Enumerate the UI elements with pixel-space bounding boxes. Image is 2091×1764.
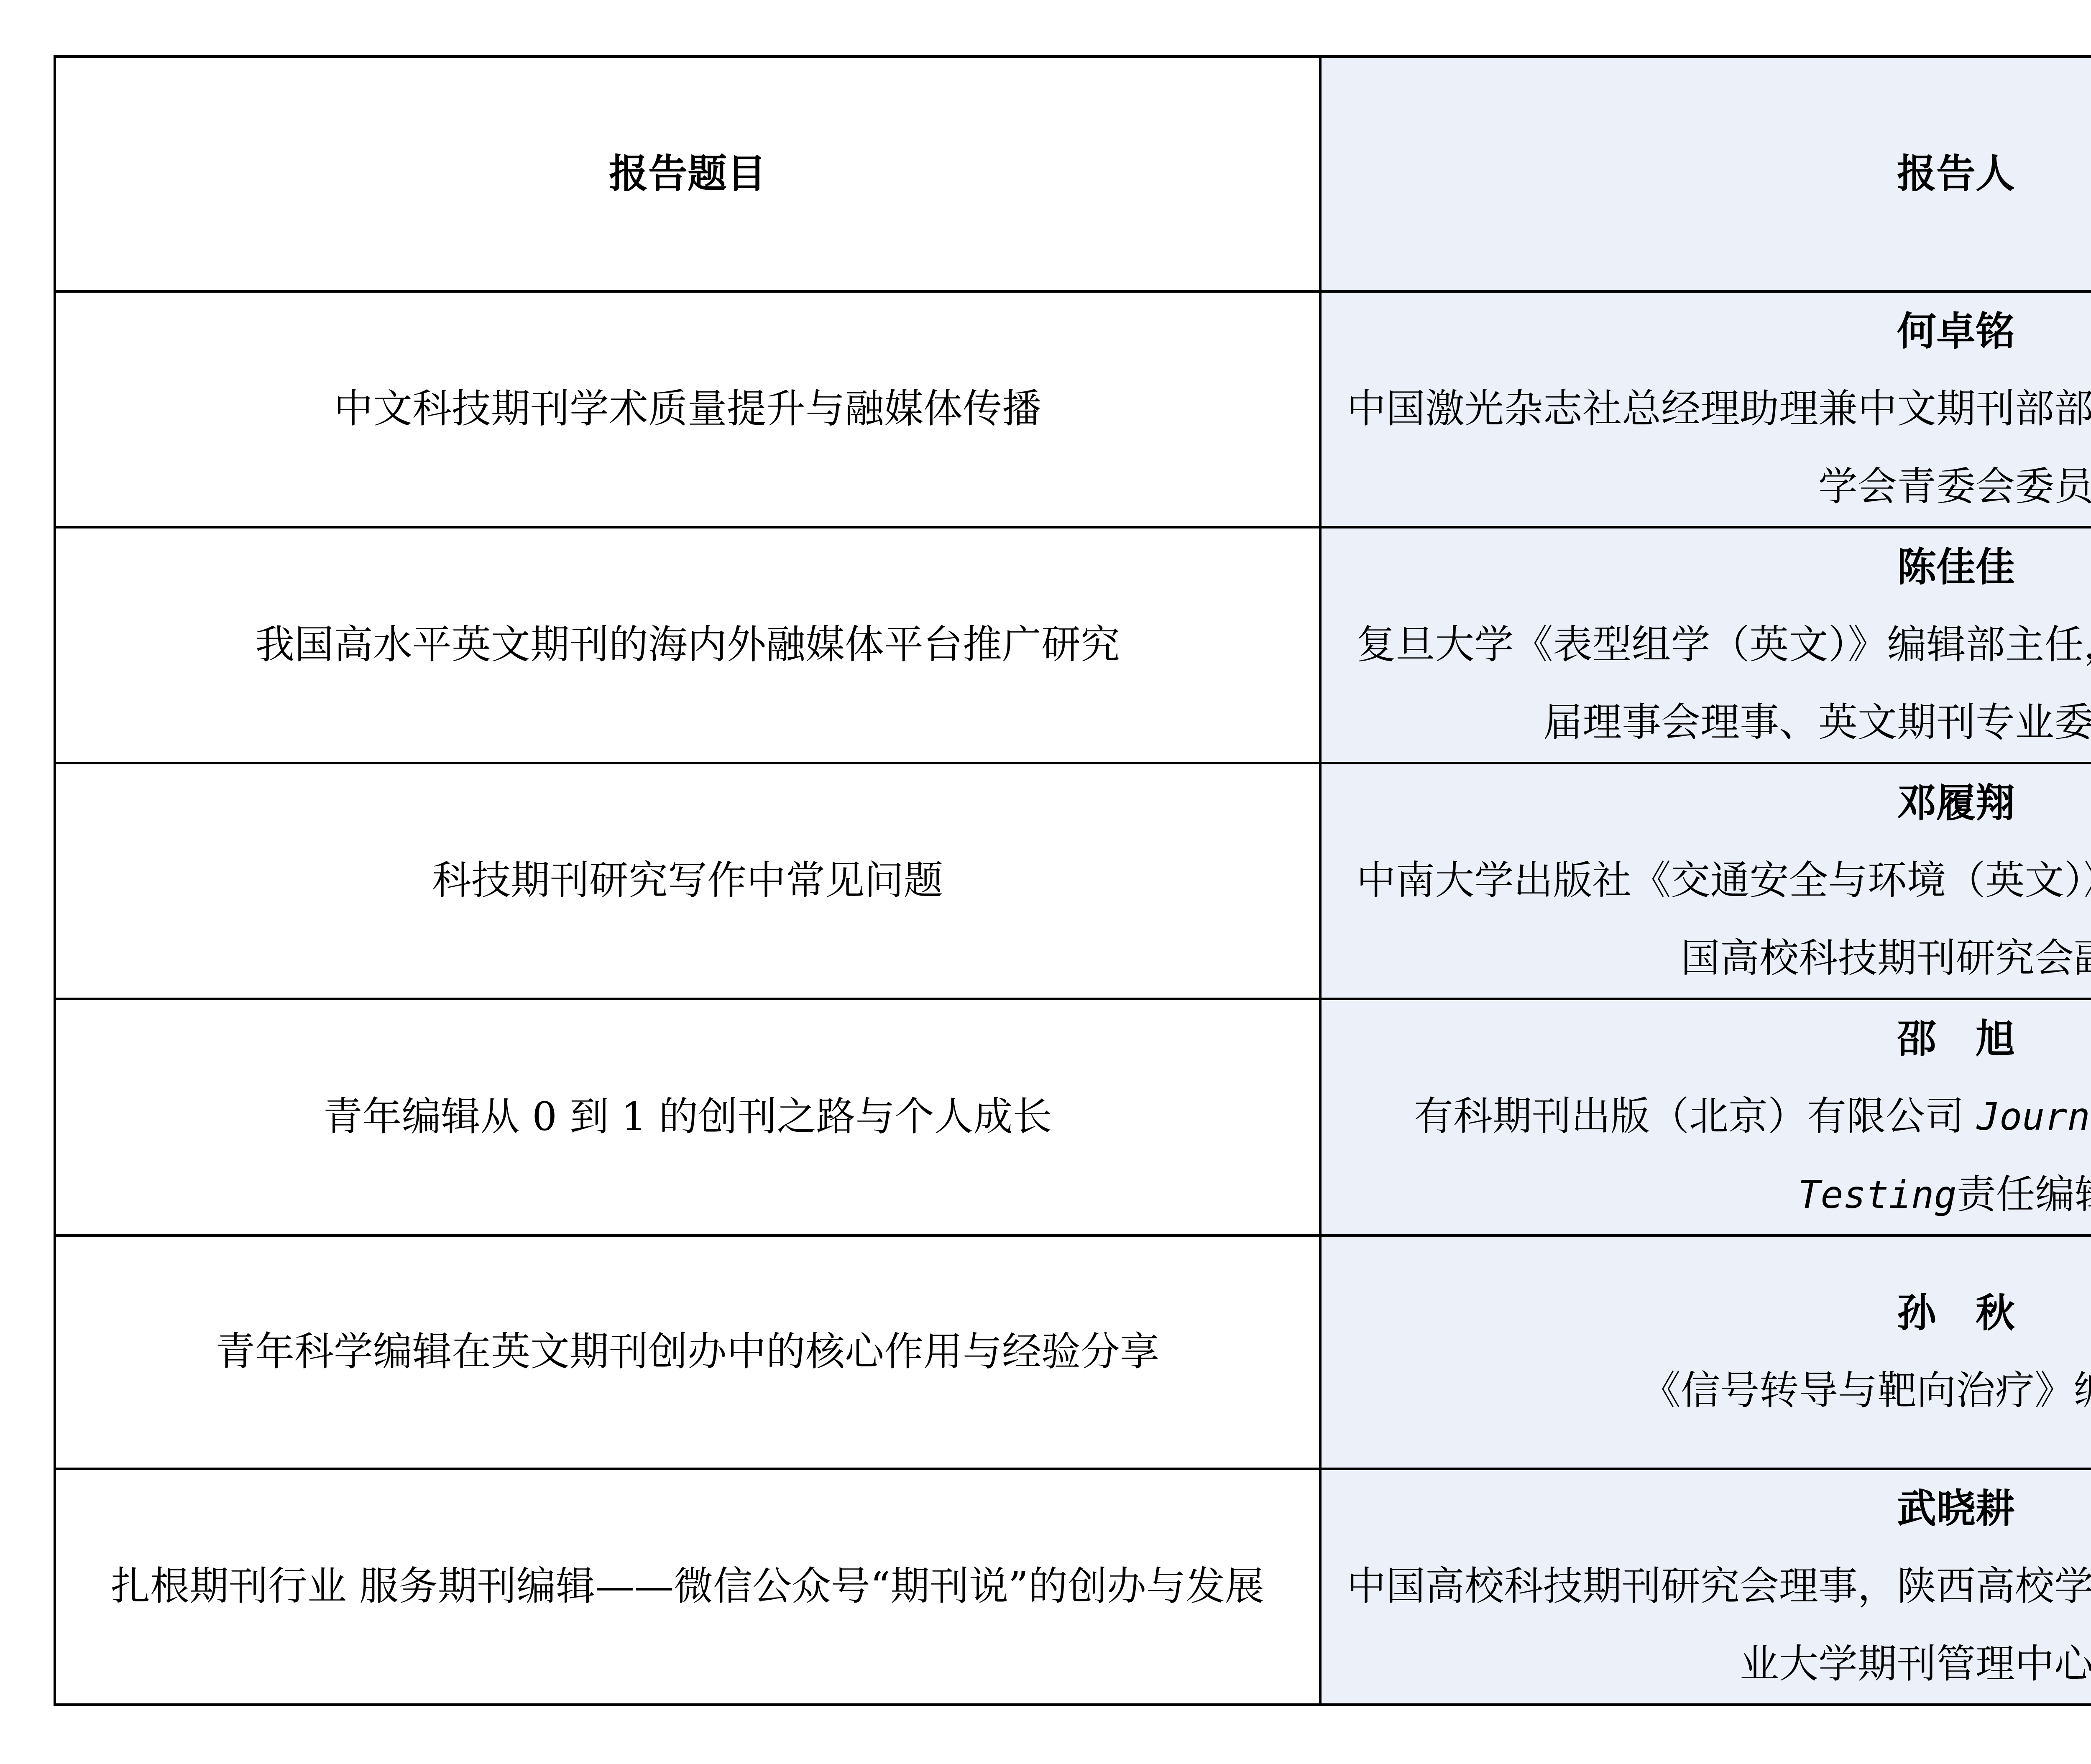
- header-topic: 报告题目: [55, 56, 1320, 291]
- table-row: 我国高水平英文期刊的海内外融媒体平台推广研究 陈佳佳 复旦大学《表型组学（英文）…: [55, 527, 2091, 763]
- topic-cell: 科技期刊研究写作中常见问题: [55, 763, 1320, 999]
- speaker-cell: 陈佳佳 复旦大学《表型组学（英文）》编辑部主任，上海市科技期刊学会第十届理事会理…: [1320, 527, 2091, 763]
- topic-cell: 扎根期刊行业 服务期刊编辑——微信公众号“期刊说”的创办与发展: [55, 1469, 1320, 1705]
- speaker-name: 武晓耕: [1338, 1470, 2091, 1548]
- speaker-name: 邵 旭: [1338, 1000, 2091, 1078]
- speaker-cell: 邓履翔 中南大学出版社《交通安全与环境（英文）》副主编、编辑部主任，中国高校科技…: [1320, 763, 2091, 999]
- speaker-name: 何卓铭: [1338, 293, 2091, 370]
- speaker-description: 中南大学出版社《交通安全与环境（英文）》副主编、编辑部主任，中国高校科技期刊研究…: [1338, 842, 2091, 998]
- table-row: 青年编辑从 0 到 1 的创刊之路与个人成长 邵 旭 有科期刊出版（北京）有限公…: [55, 999, 2091, 1236]
- topic-cell: 中文科技期刊学术质量提升与融媒体传播: [55, 291, 1320, 527]
- speaker-name: 邓履翔: [1338, 764, 2091, 842]
- speaker-description: 复旦大学《表型组学（英文）》编辑部主任，上海市科技期刊学会第十届理事会理事、英文…: [1338, 606, 2091, 762]
- speaker-cell: 武晓耕 中国高校科技期刊研究会理事，陕西高校学报研究会副理事长，西北工业大学期刊…: [1320, 1469, 2091, 1705]
- speaker-description: 有科期刊出版（北京）有限公司 Journal of Analysis and T…: [1338, 1078, 2091, 1234]
- speaker-description: 《信号转导与靶向治疗》编辑部主任: [1338, 1352, 2091, 1430]
- table-row: 青年科学编辑在英文期刊创办中的核心作用与经验分享 孙 秋 《信号转导与靶向治疗》…: [55, 1236, 2091, 1469]
- speaker-cell: 孙 秋 《信号转导与靶向治疗》编辑部主任: [1320, 1236, 2091, 1469]
- table-row: 科技期刊研究写作中常见问题 邓履翔 中南大学出版社《交通安全与环境（英文）》副主…: [55, 763, 2091, 999]
- speaker-description: 中国高校科技期刊研究会理事，陕西高校学报研究会副理事长，西北工业大学期刊管理中心…: [1338, 1548, 2091, 1703]
- affiliation-text: 有科期刊出版（北京）有限公司: [1414, 1094, 1977, 1139]
- header-speaker: 报告人: [1320, 56, 2091, 291]
- speaker-name: 孙 秋: [1338, 1274, 2091, 1352]
- table-row: 扎根期刊行业 服务期刊编辑——微信公众号“期刊说”的创办与发展 武晓耕 中国高校…: [55, 1469, 2091, 1705]
- speaker-name: 陈佳佳: [1338, 528, 2091, 606]
- speaker-description: 中国激光杂志社总经理助理兼中文期刊部部长，中国科学技术期刊编辑学会青委会委员: [1338, 370, 2091, 526]
- table-header-row: 报告题目 报告人: [55, 56, 2091, 291]
- speaker-cell: 何卓铭 中国激光杂志社总经理助理兼中文期刊部部长，中国科学技术期刊编辑学会青委会…: [1320, 291, 2091, 527]
- role-text: 责任编辑: [1957, 1172, 2091, 1218]
- speaker-cell: 邵 旭 有科期刊出版（北京）有限公司 Journal of Analysis a…: [1320, 999, 2091, 1236]
- topic-cell: 青年编辑从 0 到 1 的创刊之路与个人成长: [55, 999, 1320, 1236]
- topic-cell: 我国高水平英文期刊的海内外融媒体平台推广研究: [55, 527, 1320, 763]
- table-row: 中文科技期刊学术质量提升与融媒体传播 何卓铭 中国激光杂志社总经理助理兼中文期刊…: [55, 291, 2091, 527]
- topic-cell: 青年科学编辑在英文期刊创办中的核心作用与经验分享: [55, 1236, 1320, 1469]
- speaker-schedule-table: 报告题目 报告人 中文科技期刊学术质量提升与融媒体传播 何卓铭 中国激光杂志社总…: [54, 55, 2091, 1706]
